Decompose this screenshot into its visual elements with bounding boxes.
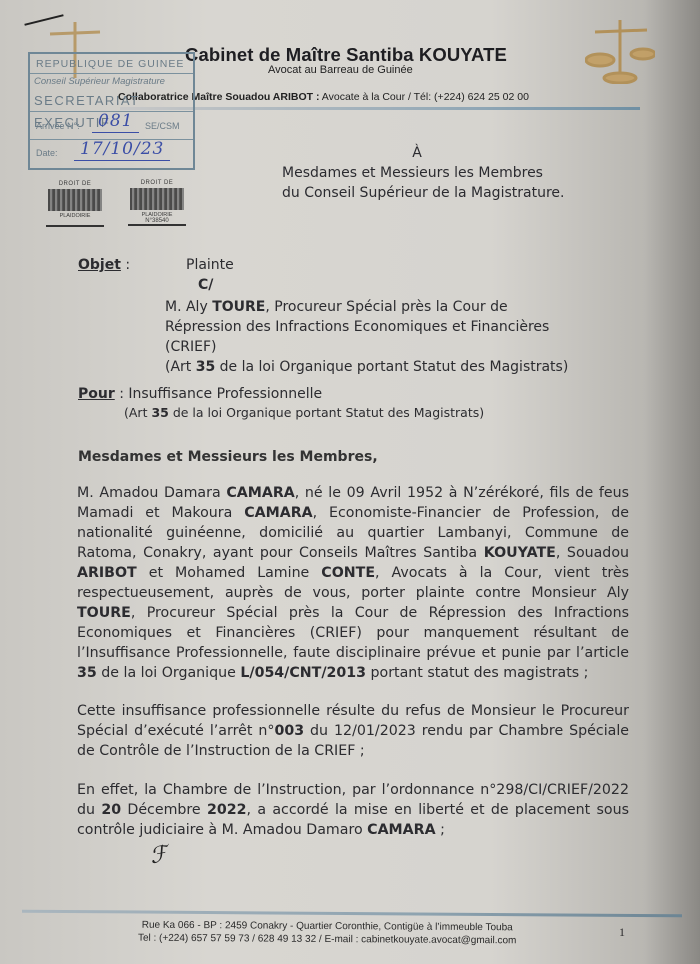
purpose-line: Pour : Insuffisance Professionnelle <box>78 386 322 402</box>
footer-divider <box>22 910 682 918</box>
purpose-text: : Insuffisance Professionnelle <box>115 386 322 402</box>
fee-stamp: DROIT DE PLAIDOIRIE N°38540 <box>128 180 186 230</box>
purpose-reference: (Art 35 de la loi Organique portant Stat… <box>124 405 484 420</box>
addressee-line1: Mesdames et Messieurs les Membres <box>282 163 564 183</box>
paragraph: En effet, la Chambre de l’Instruction, p… <box>77 780 629 840</box>
subject-type: Plainte <box>186 257 234 273</box>
subject-label: Objet <box>78 257 121 273</box>
fee-stamp-number: N°38540 <box>128 218 186 226</box>
document-page: Cabinet de Maître Santiba KOUYATE Avocat… <box>0 0 700 964</box>
addressee-block: À Mesdames et Messieurs les Membres du C… <box>282 143 564 203</box>
handwritten-initial: ℱ <box>148 842 169 870</box>
reception-stamp: REPUBLIQUE DE GUINEE Conseil Supérieur M… <box>28 52 195 170</box>
subject-line: Répression des Infractions Economiques e… <box>165 317 645 337</box>
header-divider <box>120 107 640 110</box>
date-label: Date: <box>36 148 58 158</box>
subject-line: (Art 35 de la loi Organique portant Stat… <box>165 357 645 377</box>
stamp-line-council: Conseil Supérieur Magistrature <box>30 74 193 90</box>
fee-stamp-top: DROIT DE <box>128 180 186 186</box>
subject-against: C/ <box>198 277 213 293</box>
addressee-prefix: À <box>282 143 552 163</box>
purpose-label: Pour <box>78 386 115 402</box>
scales-of-justice-icon <box>585 14 655 84</box>
firm-subtitle: Avocat au Barreau de Guinée <box>268 64 413 76</box>
stamp-arrival-row: Arrivée N°: 081 SE/CSM <box>30 112 193 140</box>
stamp-line-secretariat: SECRETARIAT EXECUTIF <box>30 90 193 112</box>
collaborator-contact: Avocate à la Cour / Tél: (+224) 624 25 0… <box>319 91 528 103</box>
arrival-number: 081 <box>92 110 139 133</box>
arrival-label: Arrivée N°: <box>36 121 80 131</box>
stamp-seal-icon <box>48 189 102 211</box>
arrival-suffix: SE/CSM <box>145 112 180 140</box>
salutation: Mesdames et Messieurs les Membres, <box>78 449 378 465</box>
paragraph: M. Amadou Damara CAMARA, né le 09 Avril … <box>77 483 629 683</box>
subject-sep: : <box>121 257 130 273</box>
subject-line: (CRIEF) <box>165 337 645 357</box>
date-value: 17/10/23 <box>74 138 170 161</box>
stamp-date-row: Date: 17/10/23 <box>30 140 193 166</box>
footer-contact: Tel : (+224) 657 57 59 73 / 628 49 13 32… <box>138 932 517 948</box>
subject-label-wrap: Objet : <box>78 257 130 273</box>
paragraph: Cette insuffisance professionnelle résul… <box>77 701 629 761</box>
subject-lines: M. Aly TOURE, Procureur Spécial près la … <box>165 297 645 377</box>
fee-stamp-top: DROIT DE <box>46 181 104 187</box>
fee-stamp: DROIT DE PLAIDOIRIE <box>46 181 104 231</box>
subject-line: M. Aly TOURE, Procureur Spécial près la … <box>165 297 645 317</box>
fee-stamp-number <box>46 219 104 227</box>
footer: Rue Ka 066 - BP : 2459 Conakry - Quartie… <box>138 919 517 948</box>
firm-name: Cabinet de Maître Santiba KOUYATE <box>185 44 507 66</box>
stamp-seal-icon <box>130 188 184 210</box>
page-number: 1 <box>619 925 625 940</box>
addressee-line2: du Conseil Supérieur de la Magistrature. <box>282 183 564 203</box>
stamp-line-republic: REPUBLIQUE DE GUINEE <box>30 54 193 74</box>
